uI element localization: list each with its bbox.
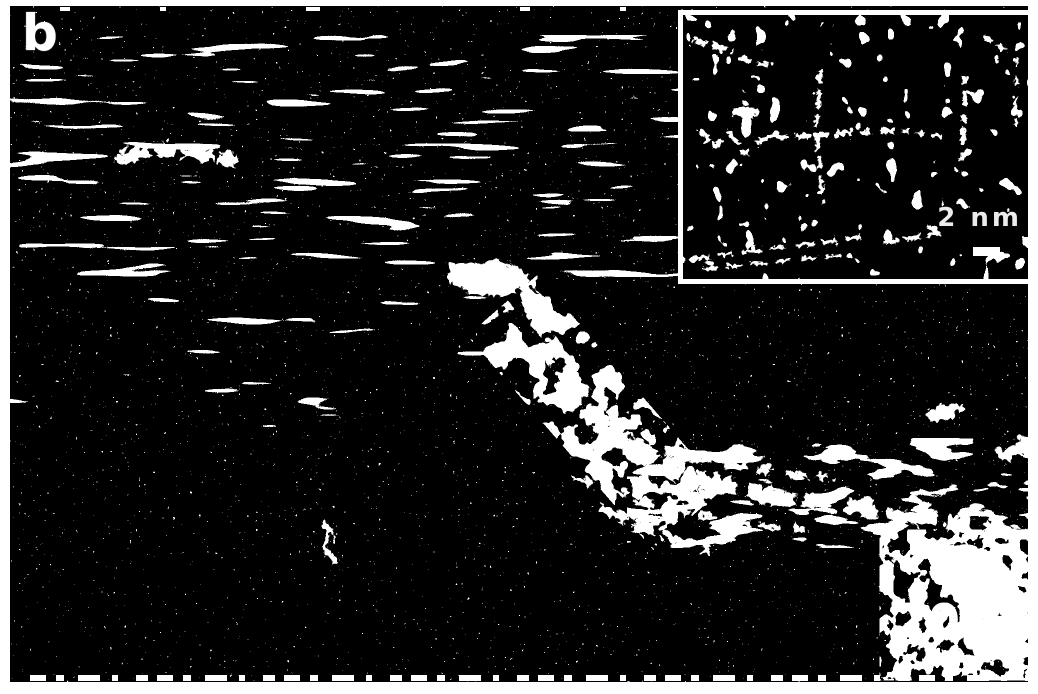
scale-bar-label: 20µm [894,594,1028,648]
inset-bright-blob [729,104,757,116]
figure-page: b [0,0,1038,694]
inset-micrograph: 2 nm [678,10,1028,284]
upper-streak-texture [10,40,694,272]
sem-micrograph-panel: b [10,6,1028,682]
inset-scale-bar [973,247,1000,256]
inset-speckle-field [683,15,1028,279]
panel-label: b [22,6,59,61]
inset-texture [683,15,1028,279]
inset-scale-label: 2 nm [937,203,1022,233]
mid-streak-texture [10,274,480,424]
